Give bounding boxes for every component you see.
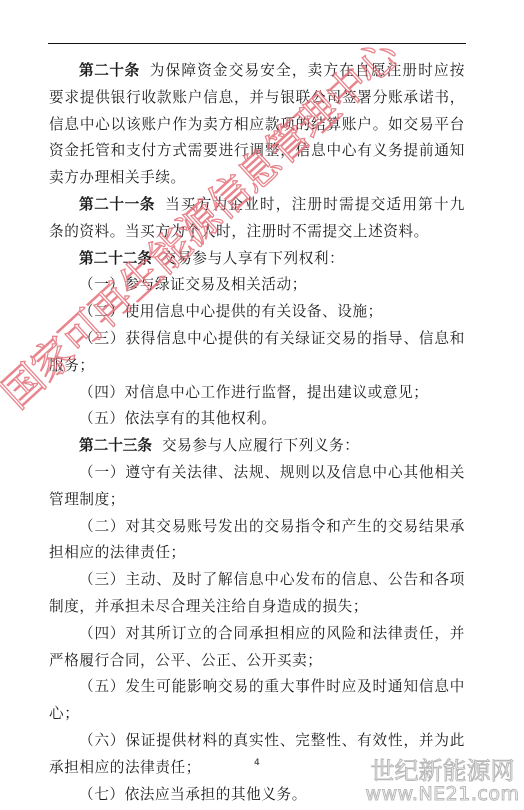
list-item: （三）获得信息中心提供的有关绿证交易的指导、信息和服务；	[49, 326, 465, 380]
list-item: （一）参与绿证交易及相关活动；	[49, 272, 465, 299]
list-item: （五）发生可能影响交易的重大事件时应及时通知信息中心；	[49, 674, 465, 728]
list-item: （二）使用信息中心提供的有关设备、设施；	[49, 299, 465, 326]
article-23: 第二十三条交易参与人应履行下列义务：	[49, 433, 465, 460]
article-label: 第二十三条	[79, 437, 152, 454]
document-page: 第二十条为保障资金交易安全，卖方在自愿注册时应按要求提供银行收款账户信息，并与银…	[0, 0, 524, 810]
list-item: （五）依法享有的其他权利。	[49, 406, 465, 433]
list-item: （一）遵守有关法律、法规、规则以及信息中心其他相关管理制度；	[49, 460, 465, 514]
list-item: （六）保证提供材料的真实性、完整性、有效性，并为此承担相应的法律责任；	[49, 728, 465, 782]
header-rule	[48, 43, 466, 44]
article-21: 第二十一条当买方为企业时，注册时需提交适用第十九条的资料。当买方为个人时，注册时…	[49, 192, 465, 246]
article-label: 第二十条	[79, 62, 140, 79]
list-item: （四）对其所订立的合同承担相应的风险和法律责任，并严格履行合同，公平、公正、公开…	[49, 621, 465, 675]
list-item: （七）依法应当承担的其他义务。	[49, 782, 465, 809]
article-label: 第二十一条	[79, 196, 155, 213]
article-text: 交易参与人应履行下列义务：	[162, 437, 360, 454]
article-text: 交易参与人享有下列权利：	[162, 250, 344, 267]
page-number: 4	[254, 758, 260, 768]
list-item: （四）对信息中心工作进行监督，提出建议或意见；	[49, 380, 465, 407]
article-label: 第二十二条	[79, 250, 152, 267]
article-20: 第二十条为保障资金交易安全，卖方在自愿注册时应按要求提供银行收款账户信息，并与银…	[49, 58, 465, 192]
document-body: 第二十条为保障资金交易安全，卖方在自愿注册时应按要求提供银行收款账户信息，并与银…	[49, 58, 465, 808]
article-22: 第二十二条交易参与人享有下列权利：	[49, 246, 465, 273]
list-item: （二）对其交易账号发出的交易指令和产生的交易结果承担相应的法律责任；	[49, 514, 465, 568]
article-text: 为保障资金交易安全，卖方在自愿注册时应按要求提供银行收款账户信息，并与银联公司签…	[49, 62, 465, 186]
list-item: （三）主动、及时了解信息中心发布的信息、公告和各项制度，并承担未尽合理关注给自身…	[49, 567, 465, 621]
